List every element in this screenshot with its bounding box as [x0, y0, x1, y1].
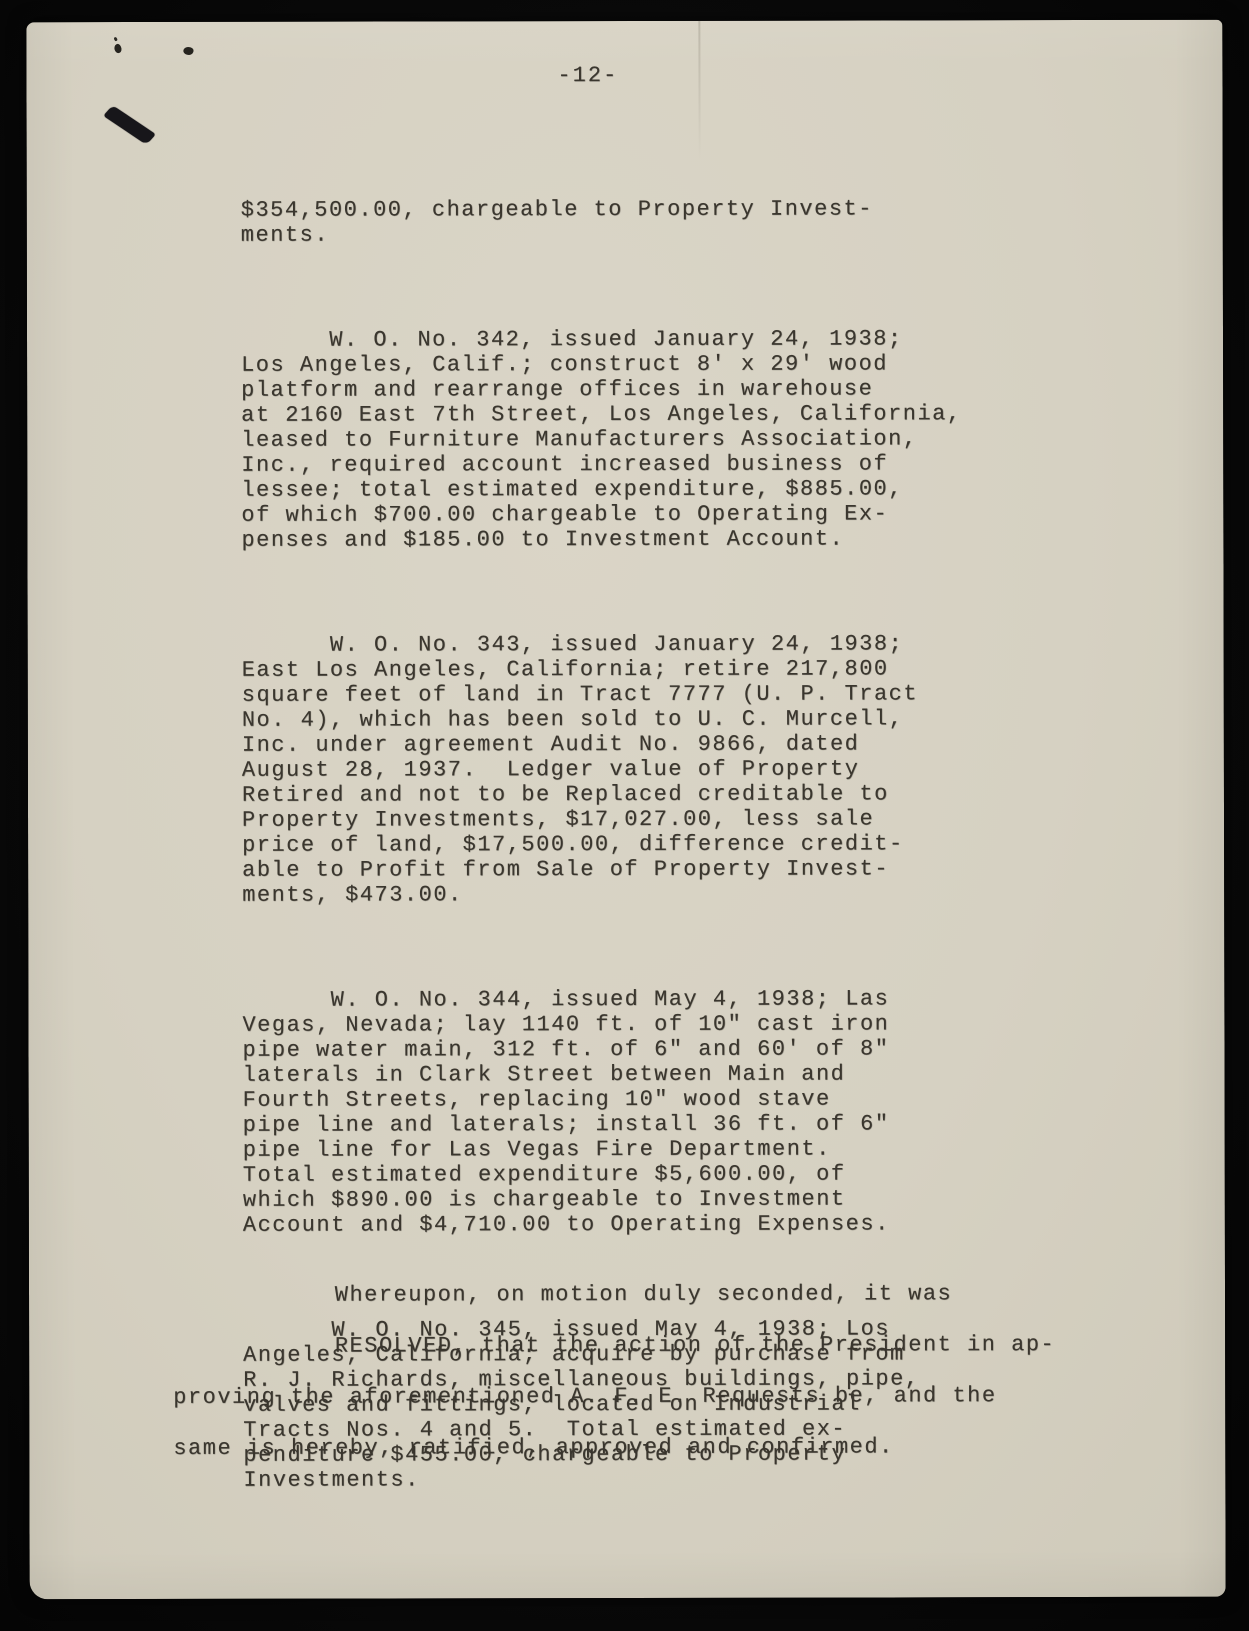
paper-crease [698, 21, 700, 161]
paragraph-continuation: $354,500.00, chargeable to Property Inve… [241, 196, 962, 248]
paragraph-work-order-344: W. O. No. 344, issued May 4, 1938; Las V… [242, 986, 963, 1238]
resolution-paragraph: Whereupon, on motion duly seconded, it w… [173, 1268, 1056, 1474]
paragraph-work-order-343: W. O. No. 343, issued January 24, 1938; … [242, 631, 963, 908]
ink-speck-icon [183, 46, 195, 56]
page-number: -12- [557, 63, 618, 88]
scan-backdrop: -12- $354,500.00, chargeable to Property… [0, 0, 1249, 1631]
paragraph-work-order-342: W. O. No. 342, issued January 24, 1938; … [241, 326, 962, 553]
document-page: -12- $354,500.00, chargeable to Property… [26, 20, 1225, 1600]
pen-mark-icon [103, 105, 156, 145]
ink-speck-icon [113, 43, 123, 54]
